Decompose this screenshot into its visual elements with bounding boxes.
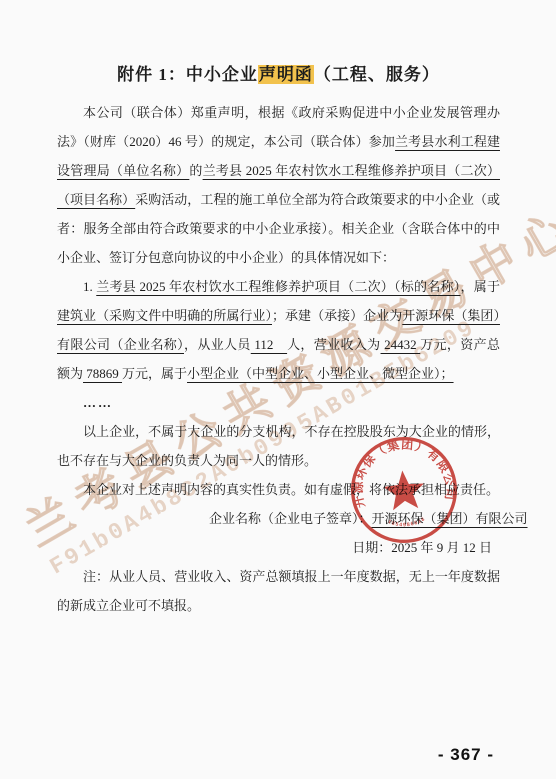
text-run: 人，营业收入为 <box>287 337 380 352</box>
page-number: - 367 - <box>438 745 494 765</box>
signature-company-name: 开源环保（集团）有限公司 <box>372 511 528 526</box>
date-line: 日期：2025 年 9 月 12 日 <box>57 533 500 562</box>
text-run: 万元，属于 <box>122 366 187 381</box>
text-run: …… <box>83 395 113 410</box>
text-run: 的 <box>189 163 202 178</box>
paragraph-note: 注：从业人员、营业收入、资产总额填报上一年度数据，无上一年度数据的新成立企业可不… <box>57 562 500 620</box>
underlined-fill-in: 兰考县 2025 年农村饮水工程维修养护项目（二次）（标的名称） <box>96 279 460 294</box>
text-run: ，属于 <box>461 279 500 294</box>
paragraph-declaration: 本公司（联合体）郑重声明，根据《政府采购促进中小企业发展管理办法》（财库（202… <box>57 98 500 272</box>
document-title: 附件 1：中小企业声明函（工程、服务） <box>57 60 500 85</box>
underlined-fill-in: 112 <box>251 337 287 352</box>
paragraph-no-big-enterprise: 以上企业，不属于大企业的分支机构，不存在控股股东为大企业的情形，也不存在与大企业… <box>57 417 500 475</box>
highlighted-text: 声明函 <box>258 65 314 84</box>
text-run: （工程、服务） <box>314 65 440 84</box>
paragraph-ellipsis: …… <box>57 388 500 417</box>
underlined-fill-in: 78869 <box>83 366 122 381</box>
paragraph-item-1: 1. 兰考县 2025 年农村饮水工程维修养护项目（二次）（标的名称），属于建筑… <box>57 272 500 388</box>
underlined-fill-in: 小型企业（中型企业、小型企业、微型企业）； <box>187 366 454 381</box>
text-run: 本企业对上述声明内容的真实性负责。如有虚假，将依法承担相应责任。 <box>83 482 499 497</box>
document-body: 附件 1：中小企业声明函（工程、服务） 本公司（联合体）郑重声明，根据《政府采购… <box>57 60 500 620</box>
paragraph-responsibility: 本企业对上述声明内容的真实性负责。如有虚假，将依法承担相应责任。 <box>57 475 500 504</box>
text-run: ，从业人员 <box>184 337 251 352</box>
text-run: 1. <box>83 279 96 294</box>
signature-label: 企业名称（企业电子签章）： <box>209 511 372 526</box>
text-run: 以上企业，不属于大企业的分支机构，不存在控股股东为大企业的情形，也不存在与大企业… <box>57 424 500 468</box>
signature-line: 企业名称（企业电子签章）：开源环保（集团）有限公司 <box>57 504 500 533</box>
underlined-fill-in: 建筑业（采购文件中明确的所属行业） <box>57 308 272 323</box>
underlined-fill-in: 24432 <box>381 337 421 352</box>
document-page: 兰考县公共资源交易中心 F91b0A4b8C2A0b0995AB01B5b620… <box>0 0 556 779</box>
text-run: 附件 1：中小企业 <box>117 65 258 84</box>
text-run: ；承建（承接）企业为 <box>272 308 402 323</box>
